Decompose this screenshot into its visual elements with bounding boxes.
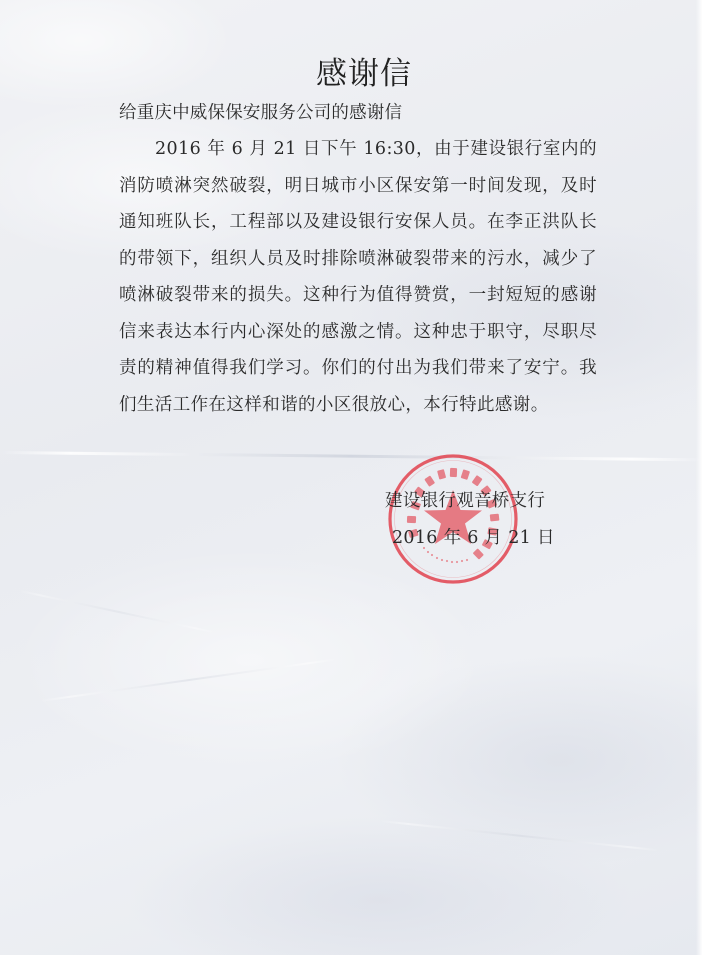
letter-title: 感谢信 (0, 48, 702, 93)
signature-date: 2016 年 6 月 21 日 (392, 524, 555, 549)
letter-salutation: 给重庆中威保保安服务公司的感谢信 (119, 99, 402, 124)
scan-edge (696, 0, 702, 955)
red-star-seal-icon (386, 452, 520, 586)
signature-bank-branch: 建设银行观音桥支行 (385, 487, 545, 512)
official-seal (386, 452, 520, 586)
letter-body: 2016 年 6 月 21 日下午 16:30，由于建设银行室内的消防喷淋突然破… (119, 131, 597, 423)
